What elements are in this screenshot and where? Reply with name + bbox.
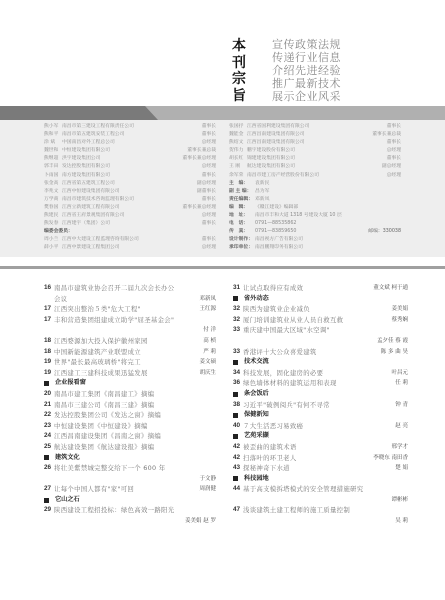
member-name: 张国抒 bbox=[229, 123, 247, 131]
article-author: 高 桢 bbox=[199, 336, 216, 347]
publication-info-row: 电 话：0791—88535862 bbox=[229, 220, 401, 228]
page-number: 29 bbox=[44, 505, 54, 516]
article-author: 王红源 bbox=[195, 304, 216, 315]
page-number: 33 bbox=[233, 325, 243, 336]
member-title: 董事长兼总裁 bbox=[372, 131, 401, 139]
toc-entry-line: 17丰和营造集团组建成立助学"屈圣基金会" bbox=[44, 315, 216, 326]
page-number: 23 bbox=[44, 421, 54, 432]
board-member-row: 郭丰田发达控股集团有限公司总经理 bbox=[44, 163, 216, 171]
member-org: 南昌市建工房产经营股份有限公司 bbox=[247, 172, 387, 180]
article-author: 赵 亮 bbox=[391, 421, 408, 432]
section-label: 科技园地 bbox=[244, 474, 269, 485]
section-square-icon bbox=[44, 381, 49, 386]
article-author: 姜美娟 赵 罗 bbox=[44, 516, 216, 527]
member-title: 副董事长 bbox=[197, 188, 216, 196]
mission-line: 推广最新技术 bbox=[272, 77, 341, 90]
article-title[interactable]: 陕西为建筑业企业减负 bbox=[243, 304, 387, 315]
member-org: 南昌市建筑技术咨询监理有限公司 bbox=[62, 196, 202, 204]
page-number: 19 bbox=[44, 357, 54, 368]
member-title: 董事长 bbox=[202, 172, 216, 180]
section-square-icon bbox=[233, 476, 238, 481]
member-org: 江西省第五建筑工程公司 bbox=[62, 180, 197, 188]
info-value: 南昌视方广告有限公司 bbox=[255, 236, 401, 244]
member-org: 南昌市第三建设工程有限责任公司 bbox=[62, 123, 202, 131]
toc-entry[interactable]: 33重庆建中国最大区域"水空调"孟夕佳 蔡 霞 bbox=[233, 325, 408, 346]
board-member-row: 余军荣南昌市建工房产经营股份有限公司总经理 bbox=[229, 172, 401, 180]
toc-entry-line: 44基于高支模拆塔模式的安全管理措施研究 bbox=[233, 484, 408, 495]
toc-entry[interactable]: 17丰和营造集团组建成立助学"屈圣基金会"付 洋 bbox=[44, 315, 216, 336]
board-member-row: 熊和平南昌市第五建筑安装工程公司董事长 bbox=[44, 131, 216, 139]
member-org: 中国南昌对外工程总公司 bbox=[62, 139, 202, 147]
publication-info-row: 设计制作：南昌视方广告有限公司 bbox=[229, 236, 401, 244]
article-title[interactable]: 重庆建中国最大区域"水空调" bbox=[243, 325, 408, 336]
page-number-spacer bbox=[44, 294, 54, 305]
toc-section-heading: 保健新知 bbox=[233, 410, 408, 421]
article-title[interactable]: 陕西建设工程招投标：绿色高效一路阳光 bbox=[54, 505, 216, 516]
toc-entry[interactable]: 44基于高支模拆塔模式的安全管理措施研究谭彬彬 bbox=[233, 484, 408, 505]
info-value: 邓新凤 bbox=[255, 196, 401, 204]
toc-entry[interactable]: 32陕西为建筑业企业减负姜美娟 bbox=[233, 304, 408, 315]
member-org: 江西中景建设工程集团公司 bbox=[62, 244, 202, 252]
page-number: 21 bbox=[44, 400, 54, 411]
publication-info-row: 地 址：南昌市丰和大道 1318 号建设大厦 10 层 bbox=[229, 212, 401, 220]
toc-entry[interactable]: 16南昌市建筑业协会召开二届九次会长办公会议邓新凤 bbox=[44, 283, 216, 304]
member-name: 魏世和 bbox=[44, 147, 62, 155]
toc-section-heading: 省外动态 bbox=[233, 294, 408, 305]
board-member-row: 熊继超洪宇建设集团公司董事长兼总经理 bbox=[44, 155, 216, 163]
toc-entry[interactable]: 36绿色墙体材料的建筑运用和表现任 莉 bbox=[233, 378, 408, 389]
article-author: 邓新凤 bbox=[195, 294, 216, 305]
page-number: 16 bbox=[44, 283, 54, 294]
editorial-board: 熊小军南昌市第三建设工程有限责任公司董事长熊和平南昌市第五建筑安装工程公司董事长… bbox=[0, 120, 445, 257]
toc-entry-line: 19世界"最长最高玻璃桥"将完工姜文硕 bbox=[44, 357, 216, 368]
article-author: 钟 青 bbox=[391, 400, 408, 411]
page-number: 40 bbox=[233, 421, 243, 432]
article-title[interactable]: ７大生活恶习易致癌 bbox=[243, 421, 391, 432]
page-number: 38 bbox=[233, 400, 243, 411]
article-author: 楚 娟 bbox=[391, 463, 408, 474]
member-name: 薛小平 bbox=[44, 244, 62, 252]
info-label: 责任编辑： bbox=[229, 196, 255, 204]
member-name: 卜雨国 bbox=[44, 172, 62, 180]
member-org: 中恒建设集团有限公司 bbox=[62, 147, 187, 155]
member-title: 董事长 bbox=[202, 131, 216, 139]
member-title: 总经理 bbox=[387, 147, 401, 155]
article-title[interactable]: 丰和营造集团组建成立助学"屈圣基金会" bbox=[54, 315, 216, 326]
board-member-row: 涂 斌中国南昌对外工程总公司总经理 bbox=[44, 139, 216, 147]
section-label: 企业报看窗 bbox=[55, 378, 86, 389]
member-org: 江西昌南建设集团有限公司 bbox=[247, 139, 387, 147]
page-number: 17 bbox=[44, 315, 54, 326]
publication-info-row: 副 主 编：昌为军 bbox=[229, 188, 401, 196]
section-square-icon bbox=[44, 498, 49, 503]
toc-entry[interactable]: 21南昌市三建公司《南昌三建》摘编 bbox=[44, 400, 216, 411]
member-name: 熊绍文 bbox=[229, 139, 247, 147]
toc-entry-line: 会议邓新凤 bbox=[44, 294, 216, 305]
article-title[interactable]: 被歪曲的建筑术语 bbox=[243, 442, 387, 453]
toc-entry[interactable]: 18中国新能源建筑产业联盟成立严 莉 bbox=[44, 347, 216, 358]
toc-entry[interactable]: 34科技发展，固化建房的必要叶昌元 bbox=[233, 368, 408, 379]
member-name: 李兆文 bbox=[44, 188, 62, 196]
article-author: 姜文硕 bbox=[195, 357, 216, 368]
article-author: 姜美娟 bbox=[387, 304, 408, 315]
article-author: 李晓东 南田香 bbox=[369, 453, 408, 464]
article-author: 蔡秀娴 bbox=[387, 315, 408, 326]
page-number: 25 bbox=[44, 442, 54, 453]
board-member-row: 魏能金江西昌南建设集团有限公司董事长兼总裁 bbox=[229, 131, 401, 139]
toc-entry-line: 43探秘神奇下水道楚 娟 bbox=[233, 463, 408, 474]
toc-entry-line: 33香港评十大公众喜爱建筑陈 多 曲 昊 bbox=[233, 347, 408, 358]
toc-entry[interactable]: 24江西昌南建设集团《昌南之窗》摘编 bbox=[44, 431, 216, 442]
article-title[interactable]: 将壮美紫禁城完整交给下一个 600 年 bbox=[54, 463, 216, 474]
toc-entry-line: 38习近平"破例阅兵"有何不寻常钟 青 bbox=[233, 400, 408, 411]
toc-entry[interactable]: 38习近平"破例阅兵"有何不寻常钟 青 bbox=[233, 400, 408, 411]
mission-title-char: 宗 bbox=[232, 71, 252, 88]
article-title[interactable]: 江西昌南建设集团《昌南之窗》摘编 bbox=[54, 431, 216, 442]
member-name: 熊继超 bbox=[44, 155, 62, 163]
board-member-row: 熊绍文江西昌南建设集团有限公司董事长 bbox=[229, 139, 401, 147]
info-label: 传 真： bbox=[229, 228, 255, 236]
page-number: 43 bbox=[233, 463, 243, 474]
member-title: 董事长兼总经理 bbox=[182, 155, 216, 163]
board-left-column: 熊小军南昌市第三建设工程有限责任公司董事长熊和平南昌市第五建筑安装工程公司董事长… bbox=[44, 123, 216, 253]
toc-entry[interactable]: 31让试点取得应有成效董文斌 柯于通 bbox=[233, 283, 408, 294]
page-number: 32 bbox=[233, 315, 243, 326]
publication-info-row: 编 辑：《赣江建设》编辑部 bbox=[229, 204, 401, 212]
info-value: 昌为军 bbox=[255, 188, 401, 196]
article-author: 周润健 bbox=[195, 484, 216, 495]
toc-section-heading: 艺苑采撷 bbox=[233, 431, 408, 442]
section-label: 建筑文化 bbox=[55, 453, 80, 464]
toc-entry[interactable]: 17江西突出整治５类"危大工程"王红源 bbox=[44, 304, 216, 315]
page-number: 47 bbox=[233, 505, 243, 516]
toc-entry-line: 36绿色墙体材料的建筑运用和表现任 莉 bbox=[233, 378, 408, 389]
board-member-row: 万学商南昌市建筑技术咨询监理有限公司董事长 bbox=[44, 196, 216, 204]
page-number: 33 bbox=[233, 347, 243, 358]
toc-entry[interactable]: 33香港评十大公众喜爱建筑陈 多 曲 昊 bbox=[233, 347, 408, 358]
member-title: 总经理 bbox=[202, 163, 216, 171]
committee-member-row: 薛小平江西中景建设工程集团公司总经理 bbox=[44, 244, 216, 252]
article-title[interactable]: 科技发展，固化建房的必要 bbox=[243, 368, 387, 379]
toc-entry[interactable]: 40７大生活恶习易致癌赵 亮 bbox=[233, 421, 408, 432]
section-square-icon bbox=[233, 434, 238, 439]
article-author: 吴 莉 bbox=[233, 516, 408, 527]
section-square-icon bbox=[233, 360, 238, 365]
member-name: 涂 斌 bbox=[44, 139, 62, 147]
member-name: 贺伟力 bbox=[229, 147, 247, 155]
toc-section-heading: 技术交流 bbox=[233, 357, 408, 368]
toc-entry[interactable]: 22发达控股集团公司《发达之窗》摘编 bbox=[44, 410, 216, 421]
page-number: 18 bbox=[44, 347, 54, 358]
info-label: 主 编： bbox=[229, 180, 255, 188]
article-title[interactable]: 基于高支模拆塔模式的安全管理措施研究 bbox=[243, 484, 408, 495]
article-author: 谭彬彬 bbox=[233, 495, 408, 506]
member-org: 航达建设集团有限公司 bbox=[247, 163, 382, 171]
toc-right-column: 31让试点取得应有成效董文斌 柯于通省外动态32陕西为建筑业企业减负姜美娟32厦… bbox=[233, 283, 408, 527]
article-title[interactable]: 南昌市三建公司《南昌三建》摘编 bbox=[54, 400, 216, 411]
board-right-column: 张国抒江西省国利建设集团有限公司董事长魏能金江西昌南建设集团有限公司董事长兼总裁… bbox=[229, 123, 401, 253]
page-number: 24 bbox=[44, 431, 54, 442]
mission-title: 本 刊 宗 旨 bbox=[232, 38, 252, 104]
member-title: 董事长 bbox=[202, 123, 216, 131]
toc-entry-line: 20南昌市建工集团《南昌建工》摘编 bbox=[44, 389, 216, 400]
member-org: 锦建建设集团有限公司 bbox=[247, 155, 387, 163]
toc-entry[interactable]: 42扫落叶的环卫老人李晓东 南田香 bbox=[233, 453, 408, 464]
info-extra: 邮编：330038 bbox=[368, 228, 401, 236]
toc-entry-line: 47浅谈建筑土建工程师的施工质量控制 bbox=[233, 505, 408, 516]
toc-entry-line: 26将壮美紫禁城完整交给下一个 600 年 bbox=[44, 463, 216, 474]
page-number: 36 bbox=[233, 378, 243, 389]
page-number: 20 bbox=[44, 389, 54, 400]
board-member-row: 魏世和中恒建设集团有限公司董事长兼总裁 bbox=[44, 147, 216, 155]
board-member-row: 熊建民江西省王府景观集团有限公司总经理 bbox=[44, 212, 216, 220]
member-name: 熊小军 bbox=[44, 123, 62, 131]
toc-entry-line: 32陕西为建筑业企业减负姜美娟 bbox=[233, 304, 408, 315]
toc-entry[interactable]: 25航达建设集团《航达建设报》摘编 bbox=[44, 442, 216, 453]
board-member-row: 胡长红锦建建设集团有限公司董事长 bbox=[229, 155, 401, 163]
section-label: 保健新知 bbox=[244, 410, 269, 421]
toc-entry-line: 33重庆建中国最大区域"水空调" bbox=[233, 325, 408, 336]
member-org: 南昌市第五建筑安装工程公司 bbox=[62, 131, 202, 139]
member-name: 魏能金 bbox=[229, 131, 247, 139]
info-value: 袁新民 bbox=[255, 180, 401, 188]
toc-entry[interactable]: 47浅谈建筑土建工程师的施工质量控制吴 莉 bbox=[233, 505, 408, 526]
member-title: 总经理 bbox=[387, 172, 401, 180]
toc-entry[interactable]: 18江西婺源加大投入保护徽州家园高 桢 bbox=[44, 336, 216, 347]
toc-entry[interactable]: 42被歪曲的建筑术语邢学才 bbox=[233, 442, 408, 453]
member-org: 南方建设集团有限公司 bbox=[62, 172, 202, 180]
toc-entry-line: 21南昌市三建公司《南昌三建》摘编 bbox=[44, 400, 216, 411]
member-title: 董事长 bbox=[387, 123, 401, 131]
toc-entry-line: 19江西建工三建科技成果迅猛发展胡庆生 bbox=[44, 368, 216, 379]
info-label: 地 址： bbox=[229, 212, 255, 220]
page-number: 42 bbox=[233, 453, 243, 464]
page-number: 27 bbox=[44, 484, 54, 495]
section-label: 它山之石 bbox=[55, 495, 80, 506]
member-name: 樊春国 bbox=[44, 204, 62, 212]
article-title[interactable]: 世界"最长最高玻璃桥"将完工 bbox=[54, 357, 195, 368]
member-org: 江西中大建设工程监理咨询有限公司 bbox=[62, 236, 202, 244]
section-label: 省外动态 bbox=[244, 294, 269, 305]
info-value: 南昌鹏翔印务有限公司 bbox=[255, 244, 401, 252]
mission-line: 介绍先进经验 bbox=[272, 64, 341, 77]
toc-entry[interactable]: 19世界"最长最高玻璃桥"将完工姜文硕 bbox=[44, 357, 216, 368]
page-number: 18 bbox=[44, 336, 54, 347]
section-square-icon bbox=[233, 296, 238, 301]
member-name: 熊和平 bbox=[44, 131, 62, 139]
member-title: 总经理 bbox=[202, 244, 216, 252]
member-name: 万学商 bbox=[44, 196, 62, 204]
article-author: 陈 多 曲 昊 bbox=[377, 347, 408, 358]
toc-entry[interactable]: 43探秘神奇下水道楚 娟 bbox=[233, 463, 408, 474]
toc-entry-line: 23中恒建设集团《中恒建设》摘编 bbox=[44, 421, 216, 432]
member-name: 郭丰田 bbox=[44, 163, 62, 171]
publication-info-row: 主 编：袁新民 bbox=[229, 180, 401, 188]
member-title: 董事长 bbox=[202, 220, 216, 228]
member-org: 洪宇建设集团公司 bbox=[62, 155, 182, 163]
member-org: 江西中恒建设集团有限公司 bbox=[62, 188, 197, 196]
article-title[interactable]: 南昌市建筑业协会召开二届九次会长办公 bbox=[54, 283, 216, 294]
member-org: 江西昌南建设集团有限公司 bbox=[247, 131, 372, 139]
section-label: 条会饭后 bbox=[244, 389, 269, 400]
toc-entry[interactable]: 32厦门培训建筑业从业人员自救互救蔡秀娴 bbox=[233, 315, 408, 326]
board-member-row: 卜雨国南方建设集团有限公司董事长 bbox=[44, 172, 216, 180]
member-title: 董事长 bbox=[387, 155, 401, 163]
mission-statement: 本 刊 宗 旨 宣传政策法规 传递行业信息 介绍先进经验 推广最新技术 展示企业… bbox=[232, 38, 341, 104]
mission-line: 展示企业风采 bbox=[272, 90, 341, 103]
section-divider bbox=[0, 266, 445, 269]
member-title: 董事长 bbox=[202, 196, 216, 204]
member-name: 张金高 bbox=[44, 180, 62, 188]
toc-entry[interactable]: 19江西建工三建科技成果迅猛发展胡庆生 bbox=[44, 368, 216, 379]
toc-entry-line: 17江西突出整治５类"危大工程"王红源 bbox=[44, 304, 216, 315]
member-org: 江西立新建筑工程有限公司 bbox=[62, 204, 182, 212]
board-member-row: 王 刚航达建设集团有限公司副总经理 bbox=[229, 163, 401, 171]
article-title[interactable]: 中国新能源建筑产业联盟成立 bbox=[54, 347, 199, 358]
article-title[interactable]: 探秘神奇下水道 bbox=[243, 463, 391, 474]
member-name: 余军荣 bbox=[229, 172, 247, 180]
toc-entry-line: 29陕西建设工程招投标：绿色高效一路阳光 bbox=[44, 505, 216, 516]
article-title[interactable]: 厦门培训建筑业从业人员自救互救 bbox=[243, 315, 387, 326]
member-name: 熊发春 bbox=[44, 220, 62, 228]
article-title[interactable]: 江西突出整治５类"危大工程" bbox=[54, 304, 195, 315]
toc-entry-line: 32厦门培训建筑业从业人员自救互救蔡秀娴 bbox=[233, 315, 408, 326]
mission-title-char: 本 bbox=[232, 38, 252, 55]
mission-title-char: 旨 bbox=[232, 88, 252, 105]
toc-section-heading: 条会饭后 bbox=[233, 389, 408, 400]
toc-entry-line: 18中国新能源建筑产业联盟成立严 莉 bbox=[44, 347, 216, 358]
publication-info-row: 承印单位：南昌鹏翔印务有限公司 bbox=[229, 244, 401, 252]
toc-entry-line: 18江西婺源加大投入保护徽州家园高 桢 bbox=[44, 336, 216, 347]
member-title: 董事长兼总经理 bbox=[182, 204, 216, 212]
member-org: 江西省王府景观集团有限公司 bbox=[62, 212, 202, 220]
mission-line: 宣传政策法规 bbox=[272, 38, 341, 51]
mission-lines: 宣传政策法规 传递行业信息 介绍先进经验 推广最新技术 展示企业风采 bbox=[272, 38, 341, 104]
member-title: 副总经理 bbox=[382, 163, 401, 171]
info-label: 副 主 编： bbox=[229, 188, 255, 196]
member-name: 周小兰 bbox=[44, 236, 62, 244]
article-title[interactable]: 让每个中国人都有"家"可回 bbox=[54, 484, 195, 495]
article-title[interactable]: 浅谈建筑土建工程师的施工质量控制 bbox=[243, 505, 408, 516]
committee-heading: 编委会委员： bbox=[44, 228, 216, 236]
board-member-row: 张金高江西省第五建筑工程公司副总经理 bbox=[44, 180, 216, 188]
mission-line: 传递行业信息 bbox=[272, 51, 341, 64]
toc-entry-line: 42扫落叶的环卫老人李晓东 南田香 bbox=[233, 453, 408, 464]
member-name: 胡长红 bbox=[229, 155, 247, 163]
page-number: 26 bbox=[44, 463, 54, 474]
toc-entry[interactable]: 29陕西建设工程招投标：绿色高效一路阳光姜美娟 赵 罗 bbox=[44, 505, 216, 526]
member-title: 董事长 bbox=[387, 139, 401, 147]
info-label: 承印单位： bbox=[229, 244, 255, 252]
page-number: 44 bbox=[233, 484, 243, 495]
page-number: 32 bbox=[233, 304, 243, 315]
info-label: 编 辑： bbox=[229, 204, 255, 212]
member-title: 董事长兼总裁 bbox=[187, 147, 216, 155]
page-number: 22 bbox=[44, 410, 54, 421]
toc-entry-line: 24江西昌南建设集团《昌南之窗》摘编 bbox=[44, 431, 216, 442]
toc-section-heading: 企业报看窗 bbox=[44, 378, 216, 389]
toc-entry-line: 16南昌市建筑业协会召开二届九次会长办公 bbox=[44, 283, 216, 294]
toc-section-heading: 科技园地 bbox=[233, 474, 408, 485]
article-title[interactable]: 让试点取得应有成效 bbox=[243, 283, 369, 294]
member-org: 鹏宇建设股份有限公司 bbox=[247, 147, 387, 155]
article-author: 胡庆生 bbox=[195, 368, 216, 379]
info-value: 《赣江建设》编辑部 bbox=[255, 204, 401, 212]
member-title: 总经理 bbox=[202, 139, 216, 147]
article-title[interactable]: 绿色墙体材料的建筑运用和表现 bbox=[243, 378, 391, 389]
info-label: 设计制作： bbox=[229, 236, 255, 244]
member-name: 熊建民 bbox=[44, 212, 62, 220]
page-number: 42 bbox=[233, 442, 243, 453]
toc-entry-line: 42被歪曲的建筑术语邢学才 bbox=[233, 442, 408, 453]
toc-entry[interactable]: 23中恒建设集团《中恒建设》摘编 bbox=[44, 421, 216, 432]
member-title: 董事长 bbox=[202, 236, 216, 244]
toc-entry[interactable]: 26将壮美紫禁城完整交给下一个 600 年于文静 bbox=[44, 463, 216, 484]
board-member-row: 李兆文江西中恒建设集团有限公司副董事长 bbox=[44, 188, 216, 196]
info-value: 0791—83859650 bbox=[255, 228, 368, 236]
article-title[interactable]: 航达建设集团《航达建设报》摘编 bbox=[54, 442, 216, 453]
article-title-cont[interactable]: 会议 bbox=[54, 294, 195, 305]
toc-entry-line: 31让试点取得应有成效董文斌 柯于通 bbox=[233, 283, 408, 294]
header-band-accent bbox=[0, 106, 158, 120]
member-title: 副总经理 bbox=[197, 180, 216, 188]
toc-entry[interactable]: 20南昌市建工集团《南昌建工》摘编 bbox=[44, 389, 216, 400]
article-author: 任 莉 bbox=[391, 378, 408, 389]
article-author: 叶昌元 bbox=[387, 368, 408, 379]
toc-entry-line: 22发达控股集团公司《发达之窗》摘编 bbox=[44, 410, 216, 421]
member-title: 总经理 bbox=[202, 212, 216, 220]
mission-title-char: 刊 bbox=[232, 55, 252, 72]
article-author: 董文斌 柯于通 bbox=[369, 283, 408, 294]
member-org: 江西省国利建设集团有限公司 bbox=[247, 123, 387, 131]
article-title[interactable]: 江西建工三建科技成果迅猛发展 bbox=[54, 368, 195, 379]
toc-entry-line: 27让每个中国人都有"家"可回周润健 bbox=[44, 484, 216, 495]
article-title[interactable]: 南昌市建工集团《南昌建工》摘编 bbox=[54, 389, 216, 400]
info-value: 0791—88535862 bbox=[255, 220, 401, 228]
article-title[interactable]: 发达控股集团公司《发达之窗》摘编 bbox=[54, 410, 216, 421]
article-title[interactable]: 江西婺源加大投入保护徽州家园 bbox=[54, 336, 199, 347]
article-author: 严 莉 bbox=[199, 347, 216, 358]
toc-entry-line: 34科技发展，固化建房的必要叶昌元 bbox=[233, 368, 408, 379]
section-square-icon bbox=[233, 413, 238, 418]
publication-info-row: 传 真：0791—83859650邮编：330038 bbox=[229, 228, 401, 236]
article-title[interactable]: 扫落叶的环卫老人 bbox=[243, 453, 369, 464]
page-number: 19 bbox=[44, 368, 54, 379]
member-org: 江西建宇（集团）公司 bbox=[62, 220, 202, 228]
toc-entry-line: 25航达建设集团《航达建设报》摘编 bbox=[44, 442, 216, 453]
toc-entry[interactable]: 27让每个中国人都有"家"可回周润健 bbox=[44, 484, 216, 495]
article-author: 付 洋 bbox=[44, 325, 216, 336]
article-title[interactable]: 习近平"破例阅兵"有何不寻常 bbox=[243, 400, 391, 411]
page-number: 17 bbox=[44, 304, 54, 315]
toc-section-heading: 它山之石 bbox=[44, 495, 216, 506]
section-square-icon bbox=[44, 455, 49, 460]
page-number: 34 bbox=[233, 368, 243, 379]
board-member-row: 贺伟力鹏宇建设股份有限公司总经理 bbox=[229, 147, 401, 155]
info-value: 南昌市丰和大道 1318 号建设大厦 10 层 bbox=[255, 212, 401, 220]
section-label: 技术交流 bbox=[244, 357, 269, 368]
board-member-row: 熊发春江西建宇（集团）公司董事长 bbox=[44, 220, 216, 228]
section-square-icon bbox=[233, 392, 238, 397]
toc-entry-line: 40７大生活恶习易致癌赵 亮 bbox=[233, 421, 408, 432]
article-title[interactable]: 香港评十大公众喜爱建筑 bbox=[243, 347, 377, 358]
board-member-row: 樊春国江西立新建筑工程有限公司董事长兼总经理 bbox=[44, 204, 216, 212]
article-title[interactable]: 中恒建设集团《中恒建设》摘编 bbox=[54, 421, 216, 432]
board-member-row: 熊小军南昌市第三建设工程有限责任公司董事长 bbox=[44, 123, 216, 131]
board-member-row: 张国抒江西省国利建设集团有限公司董事长 bbox=[229, 123, 401, 131]
article-author: 邢学才 bbox=[387, 442, 408, 453]
toc-left-column: 16南昌市建筑业协会召开二届九次会长办公会议邓新凤17江西突出整治５类"危大工程… bbox=[44, 283, 216, 527]
